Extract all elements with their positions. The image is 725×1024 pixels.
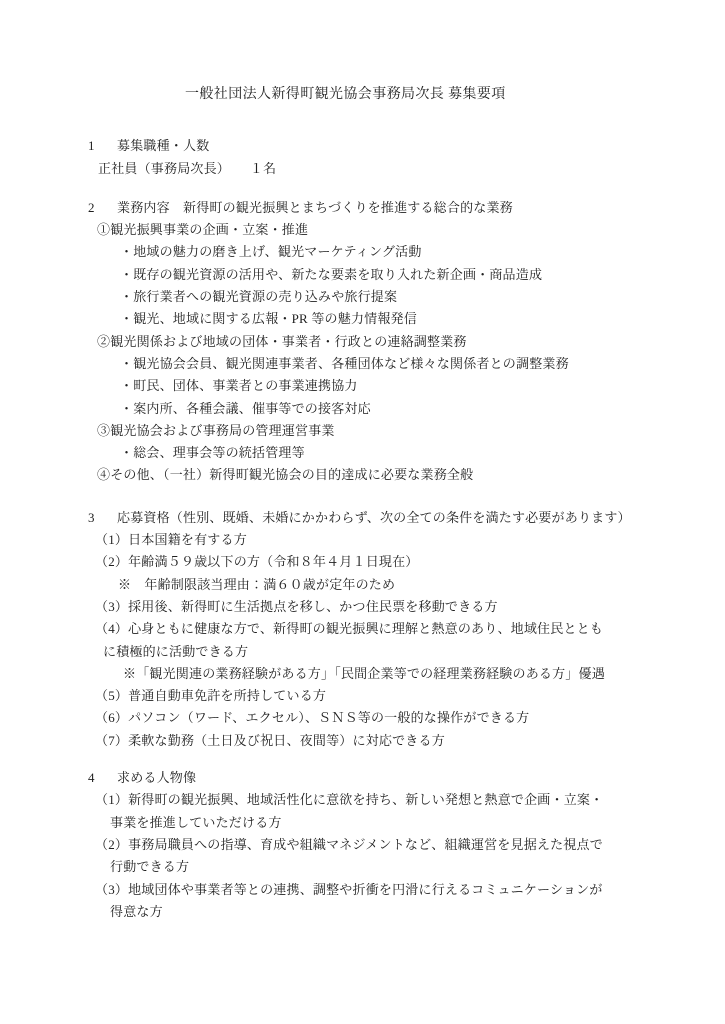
text-line: （2）事務局職員への指導、育成や組織マネジメントなど、組織運営を見据えた視点で — [95, 834, 675, 856]
text-line: （1）新得町の観光振興、地域活性化に意欲を持ち、新しい発想と熱意で企画・立案・ — [95, 789, 675, 811]
text-line: （4）心身ともに健康な方で、新得町の観光振興に理解と熱意のあり、地域住民ととも — [95, 618, 675, 640]
document-content: 一般社団法人新得町観光協会事務局次長 募集要項 1募集職種・人数 正社員（事務局… — [0, 0, 725, 923]
text-line: ※ 年齢制限該当理由：満６０歳が定年のため — [118, 574, 675, 596]
text-line: ・地域の魅力の磨き上げ、観光マーケティング活動 — [120, 241, 675, 263]
text-line: （3）採用後、新得町に生活拠点を移し、かつ住民票を移動できる方 — [95, 596, 675, 618]
text-line: ①観光振興事業の企画・立案・推進 — [97, 219, 675, 241]
text-line: ③観光協会および事務局の管理運営事業 — [97, 420, 675, 442]
section-heading: 4求める人物像 — [88, 767, 675, 789]
section-heading-text: 募集職種・人数 — [117, 138, 209, 153]
section-heading-text: 業務内容 新得町の観光振興とまちづくりを推進する総合的な業務 — [117, 200, 513, 215]
section-number: 1 — [88, 135, 117, 157]
section-heading: 1募集職種・人数 — [88, 135, 675, 157]
section-eligibility: 3応募資格（性別、既婚、未婚にかかわらず、次の全ての条件を満たす必要があります）… — [88, 507, 675, 752]
section-number: 3 — [88, 507, 117, 529]
text-line: 得意な方 — [110, 901, 675, 923]
section-heading: 3応募資格（性別、既婚、未婚にかかわらず、次の全ての条件を満たす必要があります） — [88, 507, 675, 529]
text-line: （5）普通自動車免許を所持している方 — [95, 685, 675, 707]
text-line: （3）地域団体や事業者等との連携、調整や折衝を円滑に行えるコミュニケーションが — [95, 879, 675, 901]
text-line: ・案内所、各種会議、催事等での接客対応 — [120, 398, 675, 420]
section-number: 4 — [88, 767, 117, 789]
section-heading-text: 応募資格（性別、既婚、未婚にかかわらず、次の全ての条件を満たす必要があります） — [117, 510, 631, 525]
section-recruitment-type: 1募集職種・人数 正社員（事務局次長） １名 — [88, 135, 675, 180]
text-line: ・旅行業者への観光資源の売り込みや旅行提案 — [120, 286, 675, 308]
document-page: 一般社団法人新得町観光協会事務局次長 募集要項 1募集職種・人数 正社員（事務局… — [0, 0, 725, 1024]
text-line: 行動できる方 — [110, 856, 675, 878]
text-line: 事業を推進していただける方 — [110, 812, 675, 834]
text-line: ※「観光関連の業務経験がある方」「民間企業等での経理業務経験のある方」優遇 — [123, 663, 675, 685]
text-line: ・総会、理事会等の統括管理等 — [120, 442, 675, 464]
text-line: ②観光関係および地域の団体・事業者・行政との連絡調整業務 — [97, 331, 675, 353]
document-title: 一般社団法人新得町観光協会事務局次長 募集要項 — [185, 84, 675, 106]
text-line: ④その他、（一社）新得町観光協会の目的達成に必要な業務全般 — [97, 464, 675, 486]
text-line: ・町民、団体、事業者との事業連携協力 — [120, 375, 675, 397]
text-line: 正社員（事務局次長） １名 — [98, 158, 675, 180]
section-number: 2 — [88, 197, 117, 219]
text-line: （6）パソコン（ワード、エクセル）、ＳＮＳ等の一般的な操作ができる方 — [95, 707, 675, 729]
section-job-duties: 2業務内容 新得町の観光振興とまちづくりを推進する総合的な業務 ①観光振興事業の… — [88, 197, 675, 487]
section-heading: 2業務内容 新得町の観光振興とまちづくりを推進する総合的な業務 — [88, 197, 675, 219]
text-line: （2）年齢満５９歳以下の方（令和８年４月１日現在） — [95, 551, 675, 573]
section-heading-text: 求める人物像 — [117, 770, 196, 785]
text-line: （7）柔軟な勤務（土日及び祝日、夜間等）に対応できる方 — [95, 730, 675, 752]
text-line: （1）日本国籍を有する方 — [95, 529, 675, 551]
text-line: ・観光、地域に関する広報・PR 等の魅力情報発信 — [120, 308, 675, 330]
text-line: ・既存の観光資源の活用や、新たな要素を取り入れた新企画・商品造成 — [120, 264, 675, 286]
text-line: ・観光協会会員、観光関連事業者、各種団体など様々な関係者との調整業務 — [120, 353, 675, 375]
text-line: に積極的に活動できる方 — [103, 641, 675, 663]
section-desired-profile: 4求める人物像 （1）新得町の観光振興、地域活性化に意欲を持ち、新しい発想と熱意… — [88, 767, 675, 923]
